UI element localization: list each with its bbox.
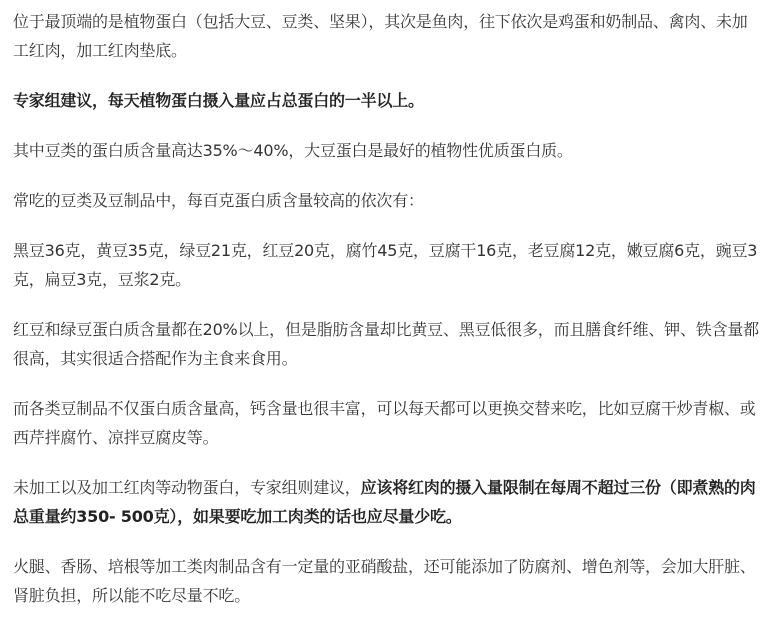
- paragraph-text: 常吃的豆类及豆制品中，每百克蛋白质含量较高的依次有：: [13, 191, 424, 210]
- paragraph-bold-text: 专家组建议，每天植物蛋白摄入量应占总蛋白的一半以上。: [13, 91, 424, 110]
- paragraph-expert-advice: 专家组建议，每天植物蛋白摄入量应占总蛋白的一半以上。: [13, 86, 760, 115]
- paragraph-bean-protein: 其中豆类的蛋白质含量高达35%～40%，大豆蛋白是最好的植物性优质蛋白质。: [13, 136, 760, 165]
- paragraph-common-beans-intro: 常吃的豆类及豆制品中，每百克蛋白质含量较高的依次有：: [13, 186, 760, 215]
- paragraph-processed-meat: 火腿、香肠、培根等加工类肉制品含有一定量的亚硝酸盐，还可能添加了防腐剂、增色剂等…: [13, 552, 760, 610]
- paragraph-soy-products: 而各类豆制品不仅蛋白质含量高，钙含量也很丰富，可以每天都可以更换交替来吃，比如豆…: [13, 394, 760, 452]
- paragraph-bean-list: 黑豆36克，黄豆35克，绿豆21克，红豆20克，腐竹45克，豆腐干16克，老豆腐…: [13, 236, 760, 294]
- paragraph-text: 红豆和绿豆蛋白质含量都在20%以上，但是脂肪含量却比黄豆、黑豆低很多，而且膳食纤…: [13, 320, 759, 368]
- paragraph-text: 未加工以及加工红肉等动物蛋白，专家组则建议，: [13, 478, 361, 497]
- paragraph-text: 位于最顶端的是植物蛋白（包括大豆、豆类、坚果），其次是鱼肉，往下依次是鸡蛋和奶制…: [13, 12, 748, 60]
- paragraph-text: 火腿、香肠、培根等加工类肉制品含有一定量的亚硝酸盐，还可能添加了防腐剂、增色剂等…: [13, 557, 756, 605]
- paragraph-text: 而各类豆制品不仅蛋白质含量高，钙含量也很丰富，可以每天都可以更换交替来吃，比如豆…: [13, 399, 756, 447]
- paragraph-text: 黑豆36克，黄豆35克，绿豆21克，红豆20克，腐竹45克，豆腐干16克，老豆腐…: [13, 241, 757, 289]
- paragraph-protein-ranking: 位于最顶端的是植物蛋白（包括大豆、豆类、坚果），其次是鱼肉，往下依次是鸡蛋和奶制…: [13, 7, 760, 65]
- paragraph-text: 其中豆类的蛋白质含量高达35%～40%，大豆蛋白是最好的植物性优质蛋白质。: [13, 141, 573, 160]
- paragraph-red-meat: 未加工以及加工红肉等动物蛋白，专家组则建议，应该将红肉的摄入量限制在每周不超过三…: [13, 473, 760, 531]
- article-body: 位于最顶端的是植物蛋白（包括大豆、豆类、坚果），其次是鱼肉，往下依次是鸡蛋和奶制…: [0, 0, 772, 610]
- paragraph-red-green-beans: 红豆和绿豆蛋白质含量都在20%以上，但是脂肪含量却比黄豆、黑豆低很多，而且膳食纤…: [13, 315, 760, 373]
